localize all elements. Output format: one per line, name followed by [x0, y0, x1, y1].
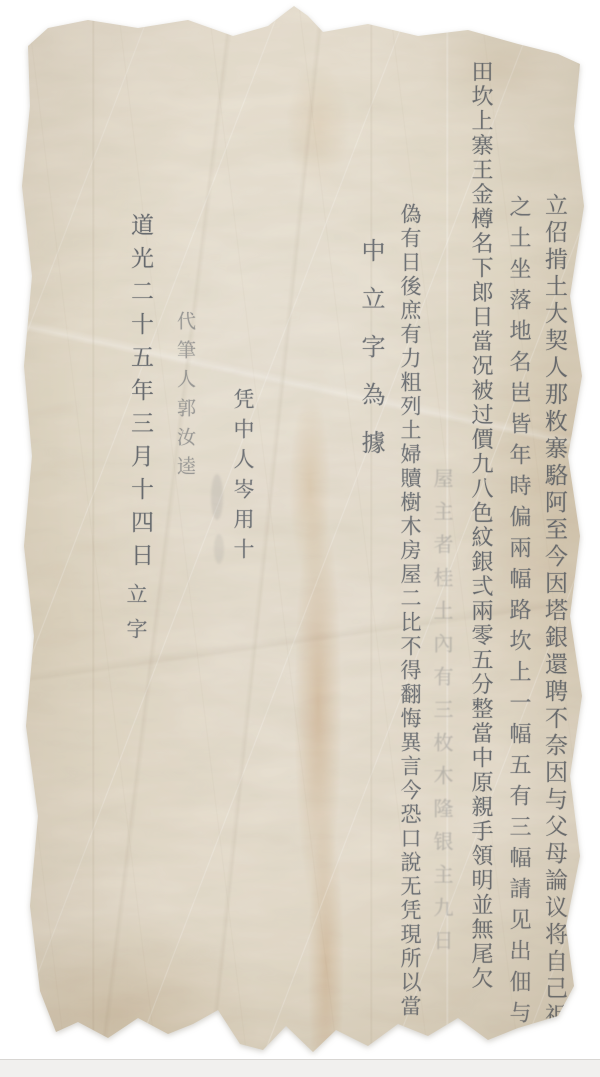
- deed-column-clause: 偽有日後庶有力粗列土婦贖樹木房屋二比不得翻悔異言今恐口說无凭現所以當: [399, 203, 420, 1019]
- document-scan-viewer: 立佋掯土大契人那敉寨駱阿至今因塔銀還聘不奈因与父母論议将自己祖遗 之土坐落地名岜…: [0, 0, 600, 1077]
- date-column: 道光二十五年三月十四日: [128, 213, 151, 576]
- paper-creases: [18, 6, 590, 1056]
- deed-column-grantee-price: 田坎上寨王金樽名下郎日當况被过價九八色紋銀弍兩零五分整當中原親手領明並無尾欠: [469, 60, 491, 991]
- deed-column-closing: 中立字為據: [359, 238, 383, 478]
- witness-faint-marks: [211, 474, 223, 520]
- paper-edge-shading: [18, 6, 590, 1056]
- scribe-column: 代筆人郭汝逵: [175, 311, 194, 485]
- deed-column-location: 之土坐落地名岜皆年時偏兩幅路坎上一幅五有三幅請见出佃与: [507, 195, 529, 1032]
- deed-column-opening: 立佋掯土大契人那敉寨駱阿至今因塔銀還聘不奈因与父母論议将自己祖遗: [542, 193, 565, 1057]
- paper-shadow-wrap: 立佋掯土大契人那敉寨駱阿至今因塔銀還聘不奈因与父母論议将自己祖遗 之土坐落地名岜…: [0, 0, 600, 1060]
- witness-faint-marks: [214, 534, 224, 564]
- manuscript-paper: 立佋掯土大契人那敉寨駱阿至今因塔銀還聘不奈因与父母論议将自己祖遗 之土坐落地名岜…: [18, 6, 590, 1056]
- date-suffix: 立字: [125, 583, 146, 653]
- witness-column: 凭中人岑用十: [232, 388, 253, 568]
- paper-texture: [18, 6, 590, 1056]
- bleedthrough-ghost-column: 屋主者桂土內有三枚木隆银主九日: [432, 468, 452, 963]
- viewer-bottom-strip: [0, 1059, 600, 1077]
